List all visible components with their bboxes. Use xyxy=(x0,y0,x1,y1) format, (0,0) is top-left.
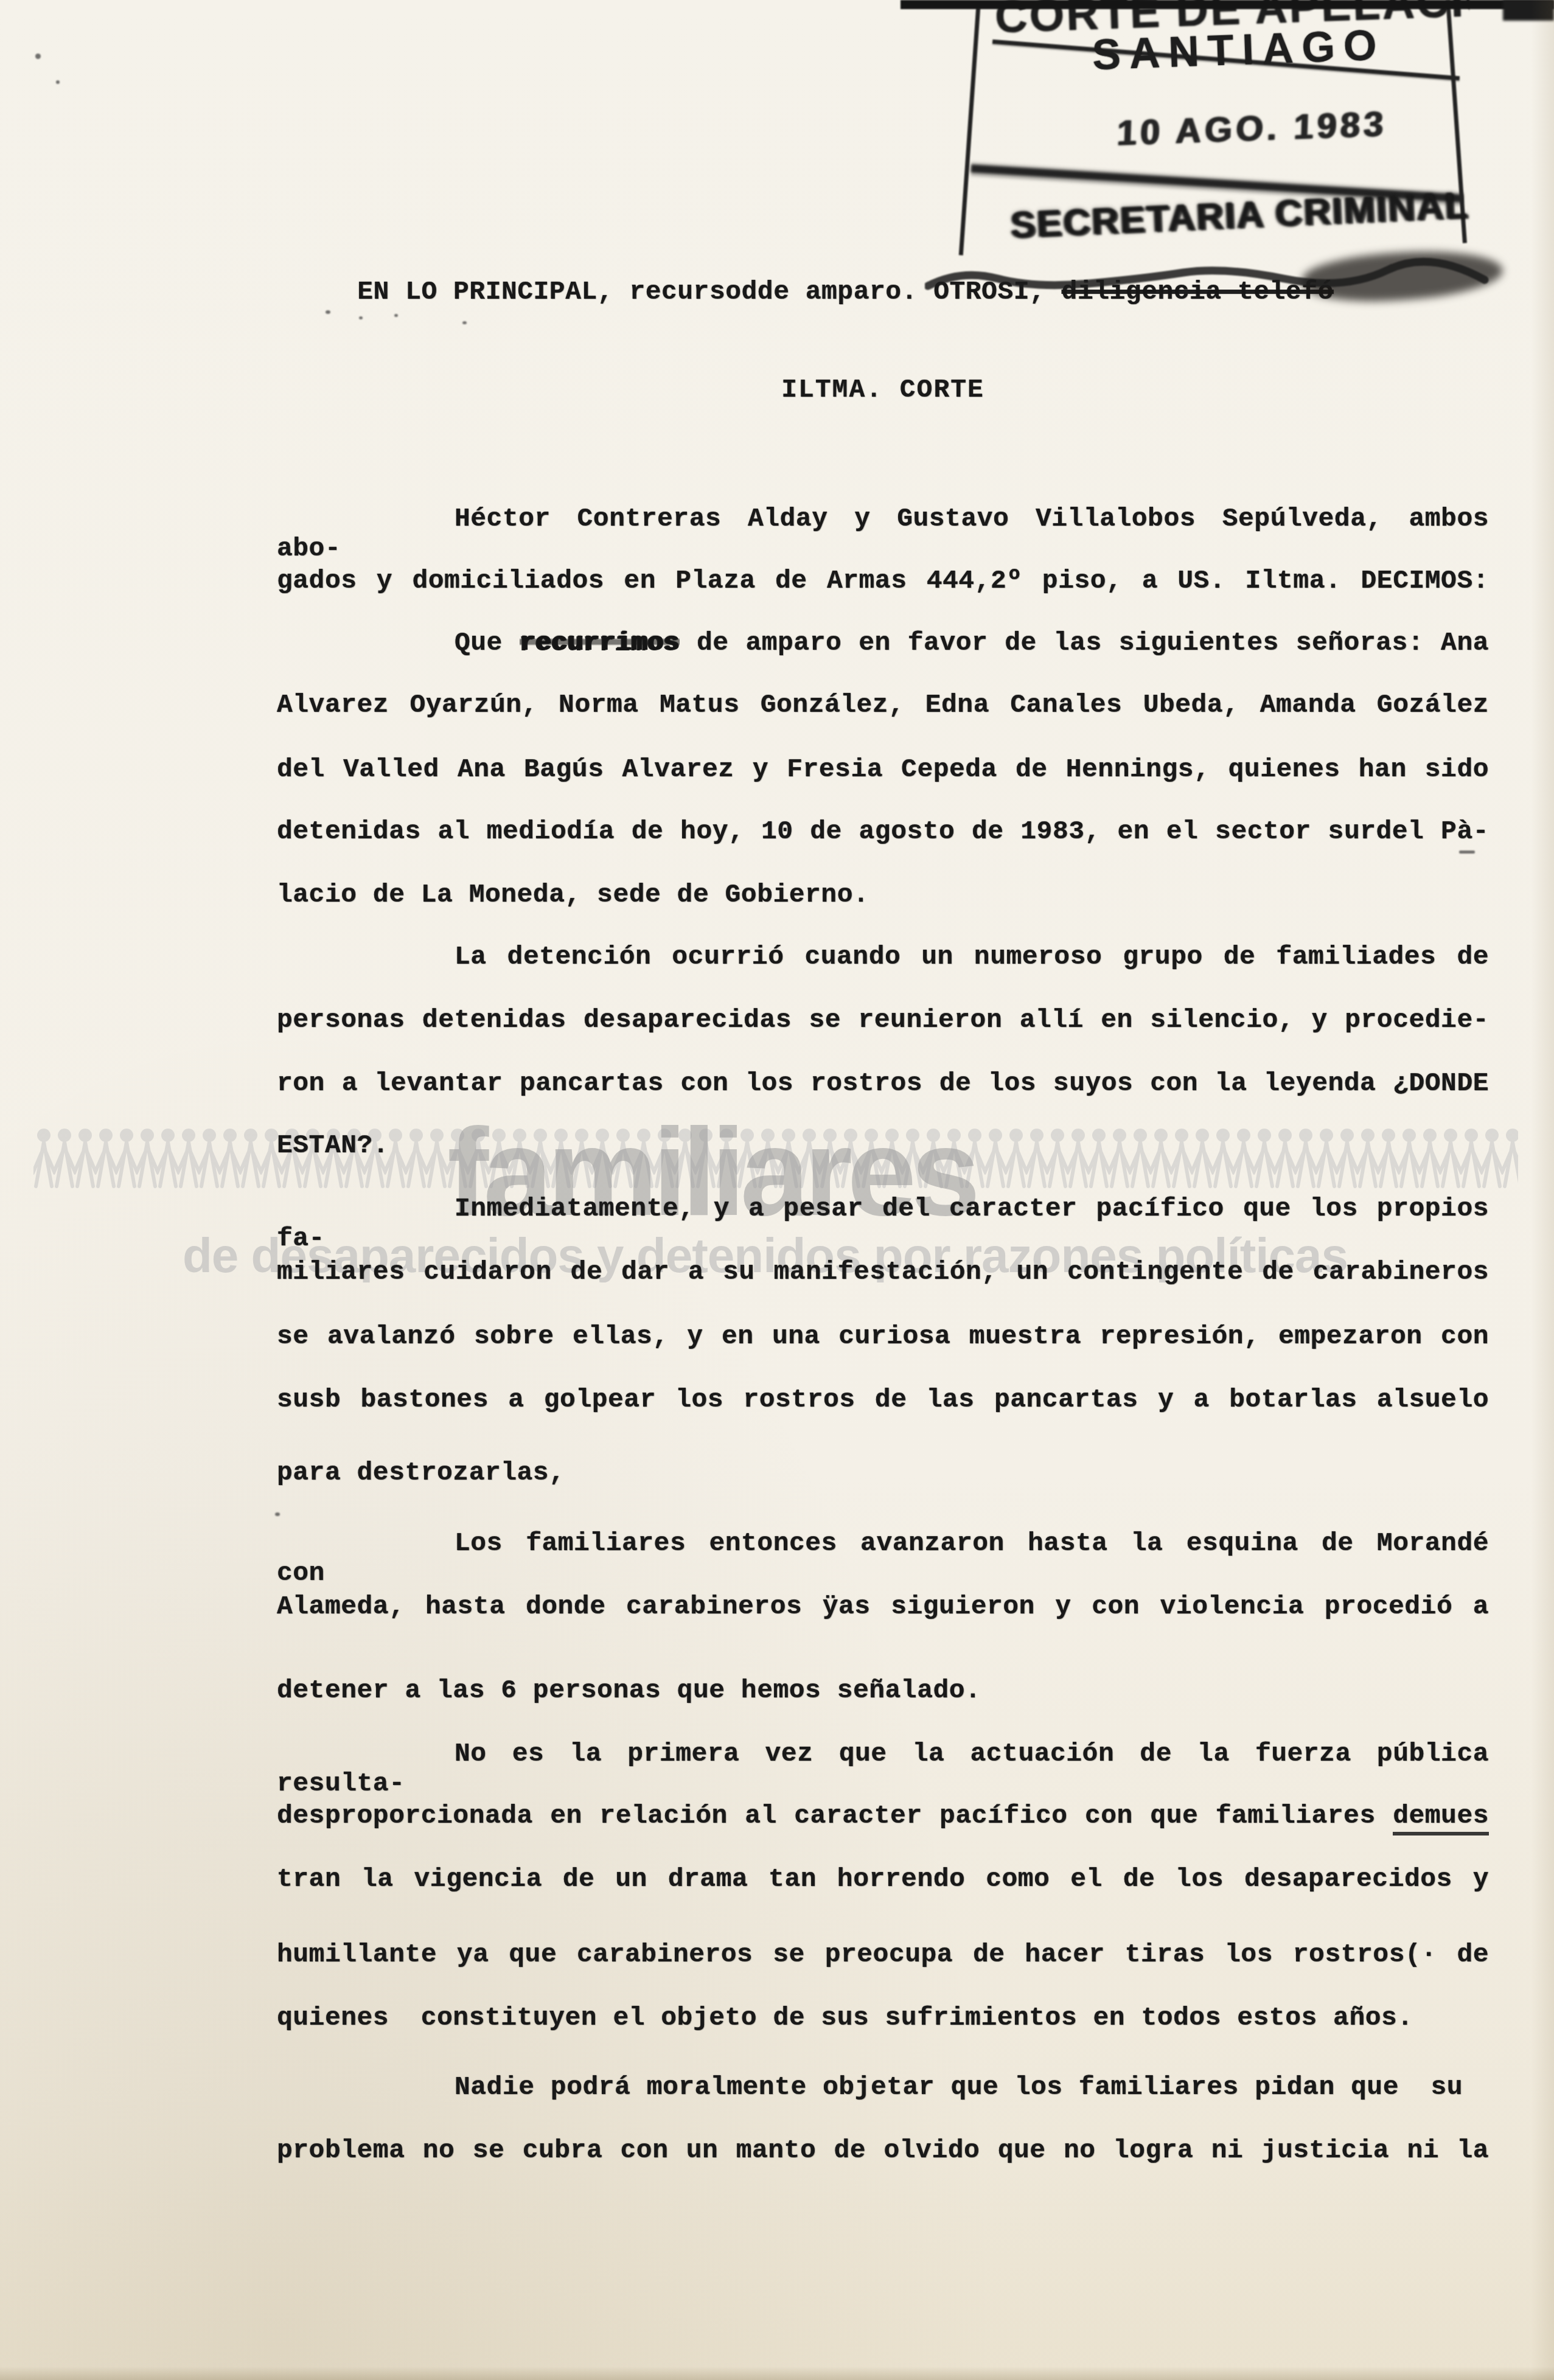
overstruck-word: recurrimos xyxy=(520,628,680,658)
stamp-office: SECRETARIA CRIMINAL xyxy=(1009,184,1470,247)
body-line: humillante ya que carabineros se preocup… xyxy=(277,1940,1489,1969)
scan-top-edge-band xyxy=(901,0,1554,9)
stamp-border-left xyxy=(959,7,980,255)
body-line: detener a las 6 personas que hemos señal… xyxy=(277,1675,1489,1705)
body-line: tran la vigencia de un drama tan horrend… xyxy=(277,1864,1489,1894)
stamp-city: SANTIAGO xyxy=(1092,21,1386,80)
scan-speck xyxy=(56,80,60,84)
scan-speck xyxy=(35,54,41,59)
salutation: ILTMA. CORTE xyxy=(277,375,1489,405)
body-line: miliares cuidaron de dar a su manifestac… xyxy=(277,1257,1489,1287)
body-line: quienes constituyen el objeto de sus suf… xyxy=(277,2003,1489,2033)
body-line: del Valled Ana Bagús Alvarez y Fresia Ce… xyxy=(277,754,1489,784)
body-line: detenidas al mediodía de hoy, 10 de agos… xyxy=(277,816,1489,846)
body-line-segment: desproporcionada en relación al caracter… xyxy=(277,1801,1393,1831)
body-line: No es la primera vez que la actuación de… xyxy=(277,1739,1489,1798)
body-line: La detención ocurrió cuando un numeroso … xyxy=(277,942,1489,972)
body-line: Inmediatamente, y a pesar del caracter p… xyxy=(277,1194,1489,1253)
body-line: para destrozarlas, xyxy=(277,1458,1489,1487)
body-line: susb bastones a golpear los rostros de l… xyxy=(277,1385,1489,1414)
scan-dash-mark xyxy=(1459,851,1475,854)
scan-speck xyxy=(275,1512,280,1516)
body-line: se avalanzó sobre ellas, y en una curios… xyxy=(277,1321,1489,1351)
body-line: Héctor Contreras Alday y Gustavo Villalo… xyxy=(277,504,1489,563)
body-line-segment: de amparo en favor de las siguientes señ… xyxy=(680,628,1489,658)
body-line: Alvarez Oyarzún, Norma Matus González, E… xyxy=(277,690,1489,720)
body-line: gados y domiciliados en Plaza de Armas 4… xyxy=(277,566,1489,596)
body-line: lacio de La Moneda, sede de Gobierno. xyxy=(277,880,1489,910)
body-line: Los familiares entonces avanzaron hasta … xyxy=(277,1528,1489,1588)
scanned-document-page: CORTE DE APELACIONES SANTIAGO 10 AGO. 19… xyxy=(0,0,1554,2380)
body-line: Que recurrimos de amparo en favor de las… xyxy=(277,628,1489,658)
scan-bottom-edge-shade xyxy=(0,2367,1554,2380)
body-line: problema no se cubra con un manto de olv… xyxy=(277,2135,1489,2165)
stamp-date: 10 AGO. 1983 xyxy=(1116,103,1387,154)
body-line: ron a levantar pancartas con los rostros… xyxy=(277,1068,1489,1098)
body-line: personas detenidas desaparecidas se reun… xyxy=(277,1005,1489,1035)
underlined-word: demues xyxy=(1393,1801,1489,1835)
body-line: ESTAN?. xyxy=(277,1130,1489,1160)
body-line: Nadie podrá moralmente objetar que los f… xyxy=(277,2072,1489,2102)
stamp-scribble-line xyxy=(925,243,1509,310)
body-line: Alameda, hasta donde carabineros ÿas sig… xyxy=(277,1592,1489,1621)
body-line: desproporcionada en relación al caracter… xyxy=(277,1801,1489,1831)
scan-right-edge-shade xyxy=(1531,0,1554,2380)
body-line-segment: Que xyxy=(455,628,520,658)
